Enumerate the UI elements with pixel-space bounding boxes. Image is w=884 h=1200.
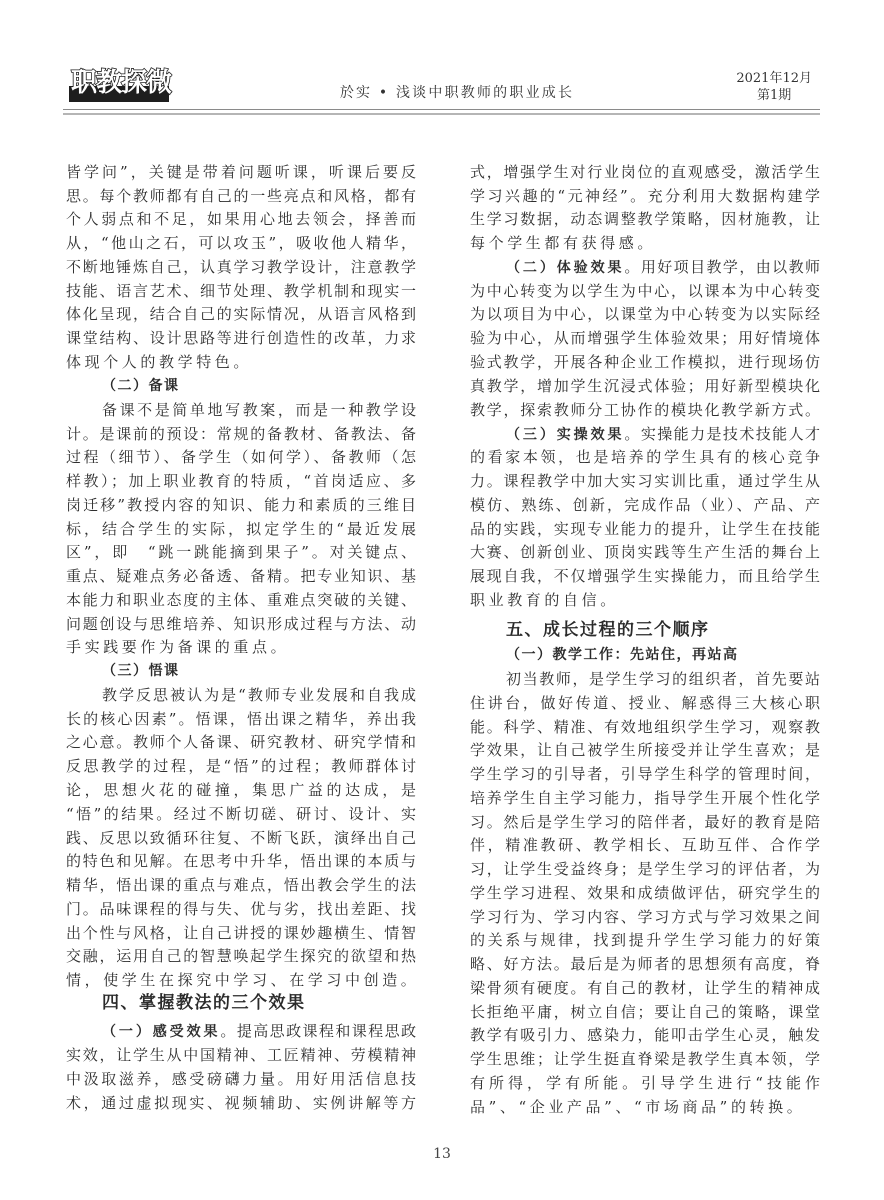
text-line: 样教）；加上职业教育的特质，“首岗适应、多 [66, 469, 416, 493]
lead-rest: 。用好项目教学，由以教师 [624, 258, 820, 276]
text-line: 从，“他山之石，可以攻玉”，吸收他人精华， [66, 231, 416, 255]
lead-rest: 。提高思政课程和课程思政 [220, 1022, 416, 1040]
text-line: 验为中心，从而增强学生体验效果；用好情境体 [470, 326, 820, 350]
text-line: 之心意。教师个人备课、研究教材、研究学情和 [66, 730, 416, 754]
text-line: 为以项目为中心，以课堂为中心转变为以实际经 [470, 302, 820, 326]
text-line: 真教学，增加学生沉浸式体验；用好新型模块化 [470, 374, 820, 398]
issue-info: 2021年12月 第1期 [736, 70, 812, 104]
text-line: 有所得，学有所能。引导学生进行“技能作 [470, 1071, 820, 1095]
text-line: 学效果，让自己被学生所接受并让学生喜欢；是 [470, 738, 820, 762]
text-line: 门。品味课程的得与失、优与劣，找出差距、找 [66, 897, 416, 921]
text-line: 体化呈现，结合自己的实际情况，从语言风格到 [66, 302, 416, 326]
text-line: 学生学习的引导者，引导学生科学的管理时间， [470, 762, 820, 786]
subheading-reflection: （三）悟课 [102, 659, 180, 683]
text-line: 习，让学生受益终身；是学生学习的评估者，为 [470, 857, 820, 881]
text-line: （一）感受效果。提高思政课程和课程思政 [66, 1019, 416, 1043]
text-line: 教学反思被认为是“教师专业发展和自我成 [66, 683, 416, 707]
text-line: 重点、疑难点务必备透、备精。把专业知识、基 [66, 564, 416, 588]
text-line: 不断地锤炼自己，认真学习教学设计，注意教学 [66, 255, 416, 279]
text-line: 习。然后是学生学习的陪伴者，最好的教育是陪 [470, 810, 820, 834]
page-number: 13 [0, 1146, 884, 1162]
text-line: 教学有吸引力、感染力，能叩击学生心灵，触发 [470, 1023, 820, 1047]
text-line: 验式教学，开展各种企业工作模拟，进行现场仿 [470, 350, 820, 374]
text-line: 长的核心因素”。悟课，悟出课之精华，养出我 [66, 707, 416, 731]
text-line: （三）实操效果。实操能力是技术技能人才 [470, 422, 820, 446]
text-line: 品”、“企业产品”、“市场商品”的转换。 [470, 1095, 820, 1119]
text-line: 手实践要作为备课的重点。 [66, 635, 416, 659]
text-line: 展现自我，不仅增强学生实操能力，而且给学生 [470, 564, 820, 588]
text-line: 技能、语言艺术、细节处理、教学机制和现实一 [66, 279, 416, 303]
text-line: 个人弱点和不足，如果用心地去领会，择善而 [66, 207, 416, 231]
text-line: 中汲取滋养，感受磅礴力量。用好用活信息技 [66, 1067, 416, 1091]
text-line: 品的实践，实现专业能力的提升，让学生在技能 [470, 517, 820, 541]
text-line: 为中心转变为以学生为中心，以课本为中心转变 [470, 279, 820, 303]
issue-date: 2021年12月 [736, 70, 812, 87]
text-line: 过程（细节）、备学生（如何学）、备教师（怎 [66, 445, 416, 469]
text-line: 备课不是简单地写教案，而是一种教学设 [66, 398, 416, 422]
header-rule-top [63, 109, 820, 110]
text-line: 反思教学的过程，是“悟”的过程；教师群体讨 [66, 754, 416, 778]
text-line: 体现个人的教学特色。 [66, 350, 416, 374]
lead-term: （二）体验效果 [506, 260, 624, 276]
text-line: 式，增强学生对行业岗位的直观感受，激活学生 [470, 160, 820, 184]
text-line: “悟”的结果。经过不断切磋、研讨、设计、实 [66, 802, 416, 826]
subheading-lesson-prep: （二）备课 [102, 374, 180, 398]
text-line: 区”，即 “跳一跳能摘到果子”。对关键点、 [66, 540, 416, 564]
text-line: 伴，精准教研、教学相长、互助互伴、合作学 [470, 833, 820, 857]
text-line: 术，通过虚拟现实、视频辅助、实例讲解等方 [66, 1091, 416, 1115]
issue-number: 第1期 [736, 87, 812, 104]
text-line: 每个学生都有获得感。 [470, 231, 820, 255]
text-line: 模仿、熟练、创新，完成作品（业）、产品、产 [470, 493, 820, 517]
text-line: 略、好方法。最后是为师者的思想须有高度，脊 [470, 952, 820, 976]
text-line: 梁骨须有硬度。有自己的教材，让学生的精神成 [470, 976, 820, 1000]
text-line: 初当教师，是学生学习的组织者，首先要站 [470, 667, 820, 691]
text-line: 计。是课前的预设：常规的备教材、备教法、备 [66, 422, 416, 446]
subheading-teaching-work: （一）教学工作：先站住，再站高 [506, 643, 739, 667]
text-line: 的关系与规律，找到提升学生学习能力的好策 [470, 928, 820, 952]
text-line: 培养学生自主学习能力，指导学生开展个性化学 [470, 786, 820, 810]
text-line: 学生学习进程、效果和成绩做评估，研究学生的 [470, 881, 820, 905]
lead-rest: 。实操能力是技术技能人才 [624, 425, 820, 443]
lead-term: （三）实操效果 [506, 427, 624, 443]
text-line: 职业教育的自信。 [470, 588, 820, 612]
text-line: 住讲台，做好传道、授业、解惑得三大核心职 [470, 691, 820, 715]
text-line: 思。每个教师都有自己的一些亮点和风格，都有 [66, 184, 416, 208]
text-line: 论，思想火花的碰撞，集思广益的达成，是 [66, 778, 416, 802]
text-line: 学习兴趣的“元神经”。充分利用大数据构建学 [470, 184, 820, 208]
text-line: 生学习数据，动态调整教学策略，因材施教，让 [470, 207, 820, 231]
text-line: 的看家本领，也是培养的学生具有的核心竞争 [470, 445, 820, 469]
text-line: 出个性与风格，让自己讲授的课妙趣横生、情智 [66, 921, 416, 945]
text-line: （二）体验效果。用好项目教学，由以教师 [470, 255, 820, 279]
text-line: 岗迁移”教授内容的知识、能力和素质的三维目 [66, 493, 416, 517]
text-line: 力。课程教学中加大实习实训比重，通过学生从 [470, 469, 820, 493]
text-line: 践、反思以致循环往复、不断飞跃，演绎出自己 [66, 826, 416, 850]
text-line: 教学，探索教师分工协作的模块化教学新方式。 [470, 398, 820, 422]
text-line: 能。科学、精准、有效地组织学生学习，观察教 [470, 715, 820, 739]
text-line: 长拒绝平庸，树立自信；要让自己的策略，课堂 [470, 1000, 820, 1024]
section-heading-growth-order: 五、成长过程的三个顺序 [506, 616, 710, 644]
text-line: 本能力和职业态度的主体、重难点突破的关键、 [66, 588, 416, 612]
text-line: 实效，让学生从中国精神、工匠精神、劳模精神 [66, 1043, 416, 1067]
text-line: 精华，悟出课的重点与难点，悟出教会学生的法 [66, 873, 416, 897]
section-heading-teaching-methods: 四、掌握教法的三个效果 [102, 989, 306, 1017]
text-line: 问题创设与思维培养、知识形成过程与方法、动 [66, 612, 416, 636]
lead-term: （一）感受效果 [102, 1024, 220, 1040]
text-line: 标，结合学生的实际，拟定学生的“最近发展 [66, 517, 416, 541]
text-line: 学习行为、学习内容、学习方式与学习效果之间 [470, 905, 820, 929]
text-line: 大赛、创新创业、顶岗实践等生产生活的舞台上 [470, 540, 820, 564]
text-line: 学生思维；让学生挺直脊梁是教学生真本领，学 [470, 1047, 820, 1071]
text-line: 皆学问”，关键是带着问题听课，听课后要反 [66, 160, 416, 184]
text-line: 课堂结构、设计思路等进行创造性的改革，力求 [66, 326, 416, 350]
header-rule-bottom [63, 113, 820, 115]
text-line: 的特色和见解。在思考中升华，悟出课的本质与 [66, 849, 416, 873]
text-line: 交融，运用自己的智慧唤起学生探究的欲望和热 [66, 944, 416, 968]
